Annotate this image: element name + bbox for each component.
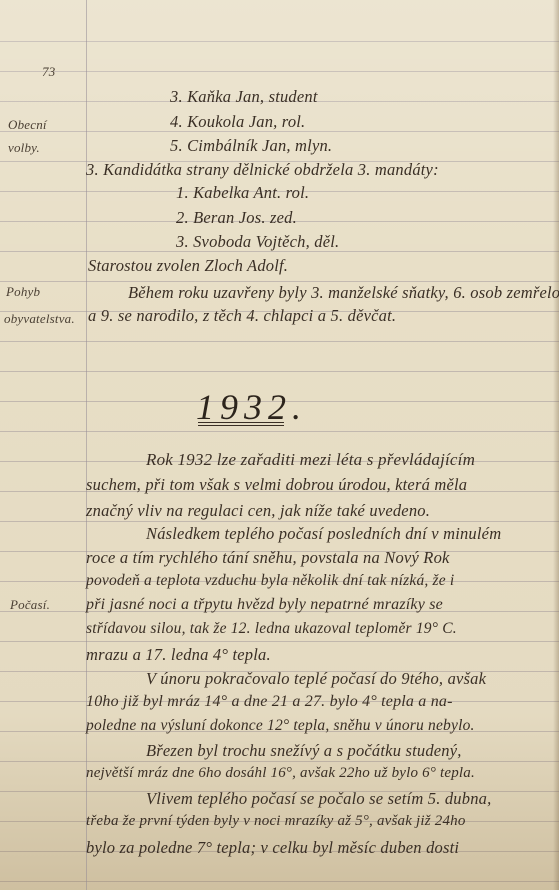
body-line: poledne na výsluní dokonce 12° tepla, sn… — [86, 717, 475, 735]
candidate-line: 2. Beran Jos. zed. — [176, 208, 297, 228]
chronicle-page: 73 Obecní volby. Pohyb obyvatelstva. Poč… — [0, 0, 559, 890]
body-line: roce a tím rychlého tání sněhu, povstala… — [86, 548, 450, 568]
body-line: bylo za poledne 7° tepla; v celku byl mě… — [86, 838, 459, 858]
body-line: V únoru pokračovalo teplé počasí do 9téh… — [146, 669, 486, 689]
page-edge-shadow — [553, 0, 559, 890]
margin-note-population-2: obyvatelstva. — [4, 311, 75, 327]
body-line: při jasné noci a třpytu hvězd byly nepat… — [86, 596, 443, 614]
candidate-line: 5. Cimbálník Jan, mlyn. — [170, 136, 332, 156]
body-line: značný vliv na regulaci cen, jak níže ta… — [86, 501, 430, 521]
candidate-line: 3. Kaňka Jan, student — [170, 87, 318, 107]
body-line: Rok 1932 lze zařaditi mezi léta s převlá… — [146, 450, 475, 470]
mayor-line: Starostou zvolen Zloch Adolf. — [88, 256, 288, 276]
year-underline — [198, 425, 284, 426]
body-line: Vlivem teplého počasí se počalo se setím… — [146, 789, 491, 809]
margin-note-elections-1: Obecní — [8, 117, 47, 133]
body-line: 10ho již byl mráz 14° a dne 21 a 27. byl… — [86, 693, 453, 711]
candidate-line: 4. Koukola Jan, rol. — [170, 112, 305, 132]
body-line: Březen byl trochu snežívý a s počátku st… — [146, 741, 462, 761]
population-line: Během roku uzavřeny byly 3. manželské sň… — [128, 283, 559, 303]
body-line: mrazu a 17. ledna 4° tepla. — [86, 645, 271, 665]
body-line: povodeň a teplota vzduchu byla několik d… — [86, 572, 454, 590]
margin-note-elections-2: volby. — [8, 140, 40, 156]
party-heading: 3. Kandidátka strany dělnické obdržela 3… — [86, 160, 439, 180]
body-line: střídavou silou, tak že 12. ledna ukazov… — [86, 620, 457, 638]
body-line: Následkem teplého počasí posledních dní … — [146, 524, 501, 544]
margin-note-weather: Počasí. — [10, 597, 50, 613]
margin-note-population-1: Pohyb — [6, 284, 40, 300]
body-line: suchem, při tom však s velmi dobrou úrod… — [86, 475, 467, 495]
candidate-line: 1. Kabelka Ant. rol. — [176, 183, 309, 203]
year-underline — [198, 422, 284, 423]
population-line: a 9. se narodilo, z těch 4. chlapci a 5.… — [88, 306, 396, 326]
page-number: 73 — [42, 64, 55, 80]
margin-rule — [86, 0, 87, 890]
candidate-line: 3. Svoboda Vojtěch, děl. — [176, 232, 339, 252]
body-line: největší mráz dne 6ho dosáhl 16°, avšak … — [86, 765, 475, 782]
body-line: třeba že první týden byly v noci mrazíky… — [86, 813, 466, 830]
